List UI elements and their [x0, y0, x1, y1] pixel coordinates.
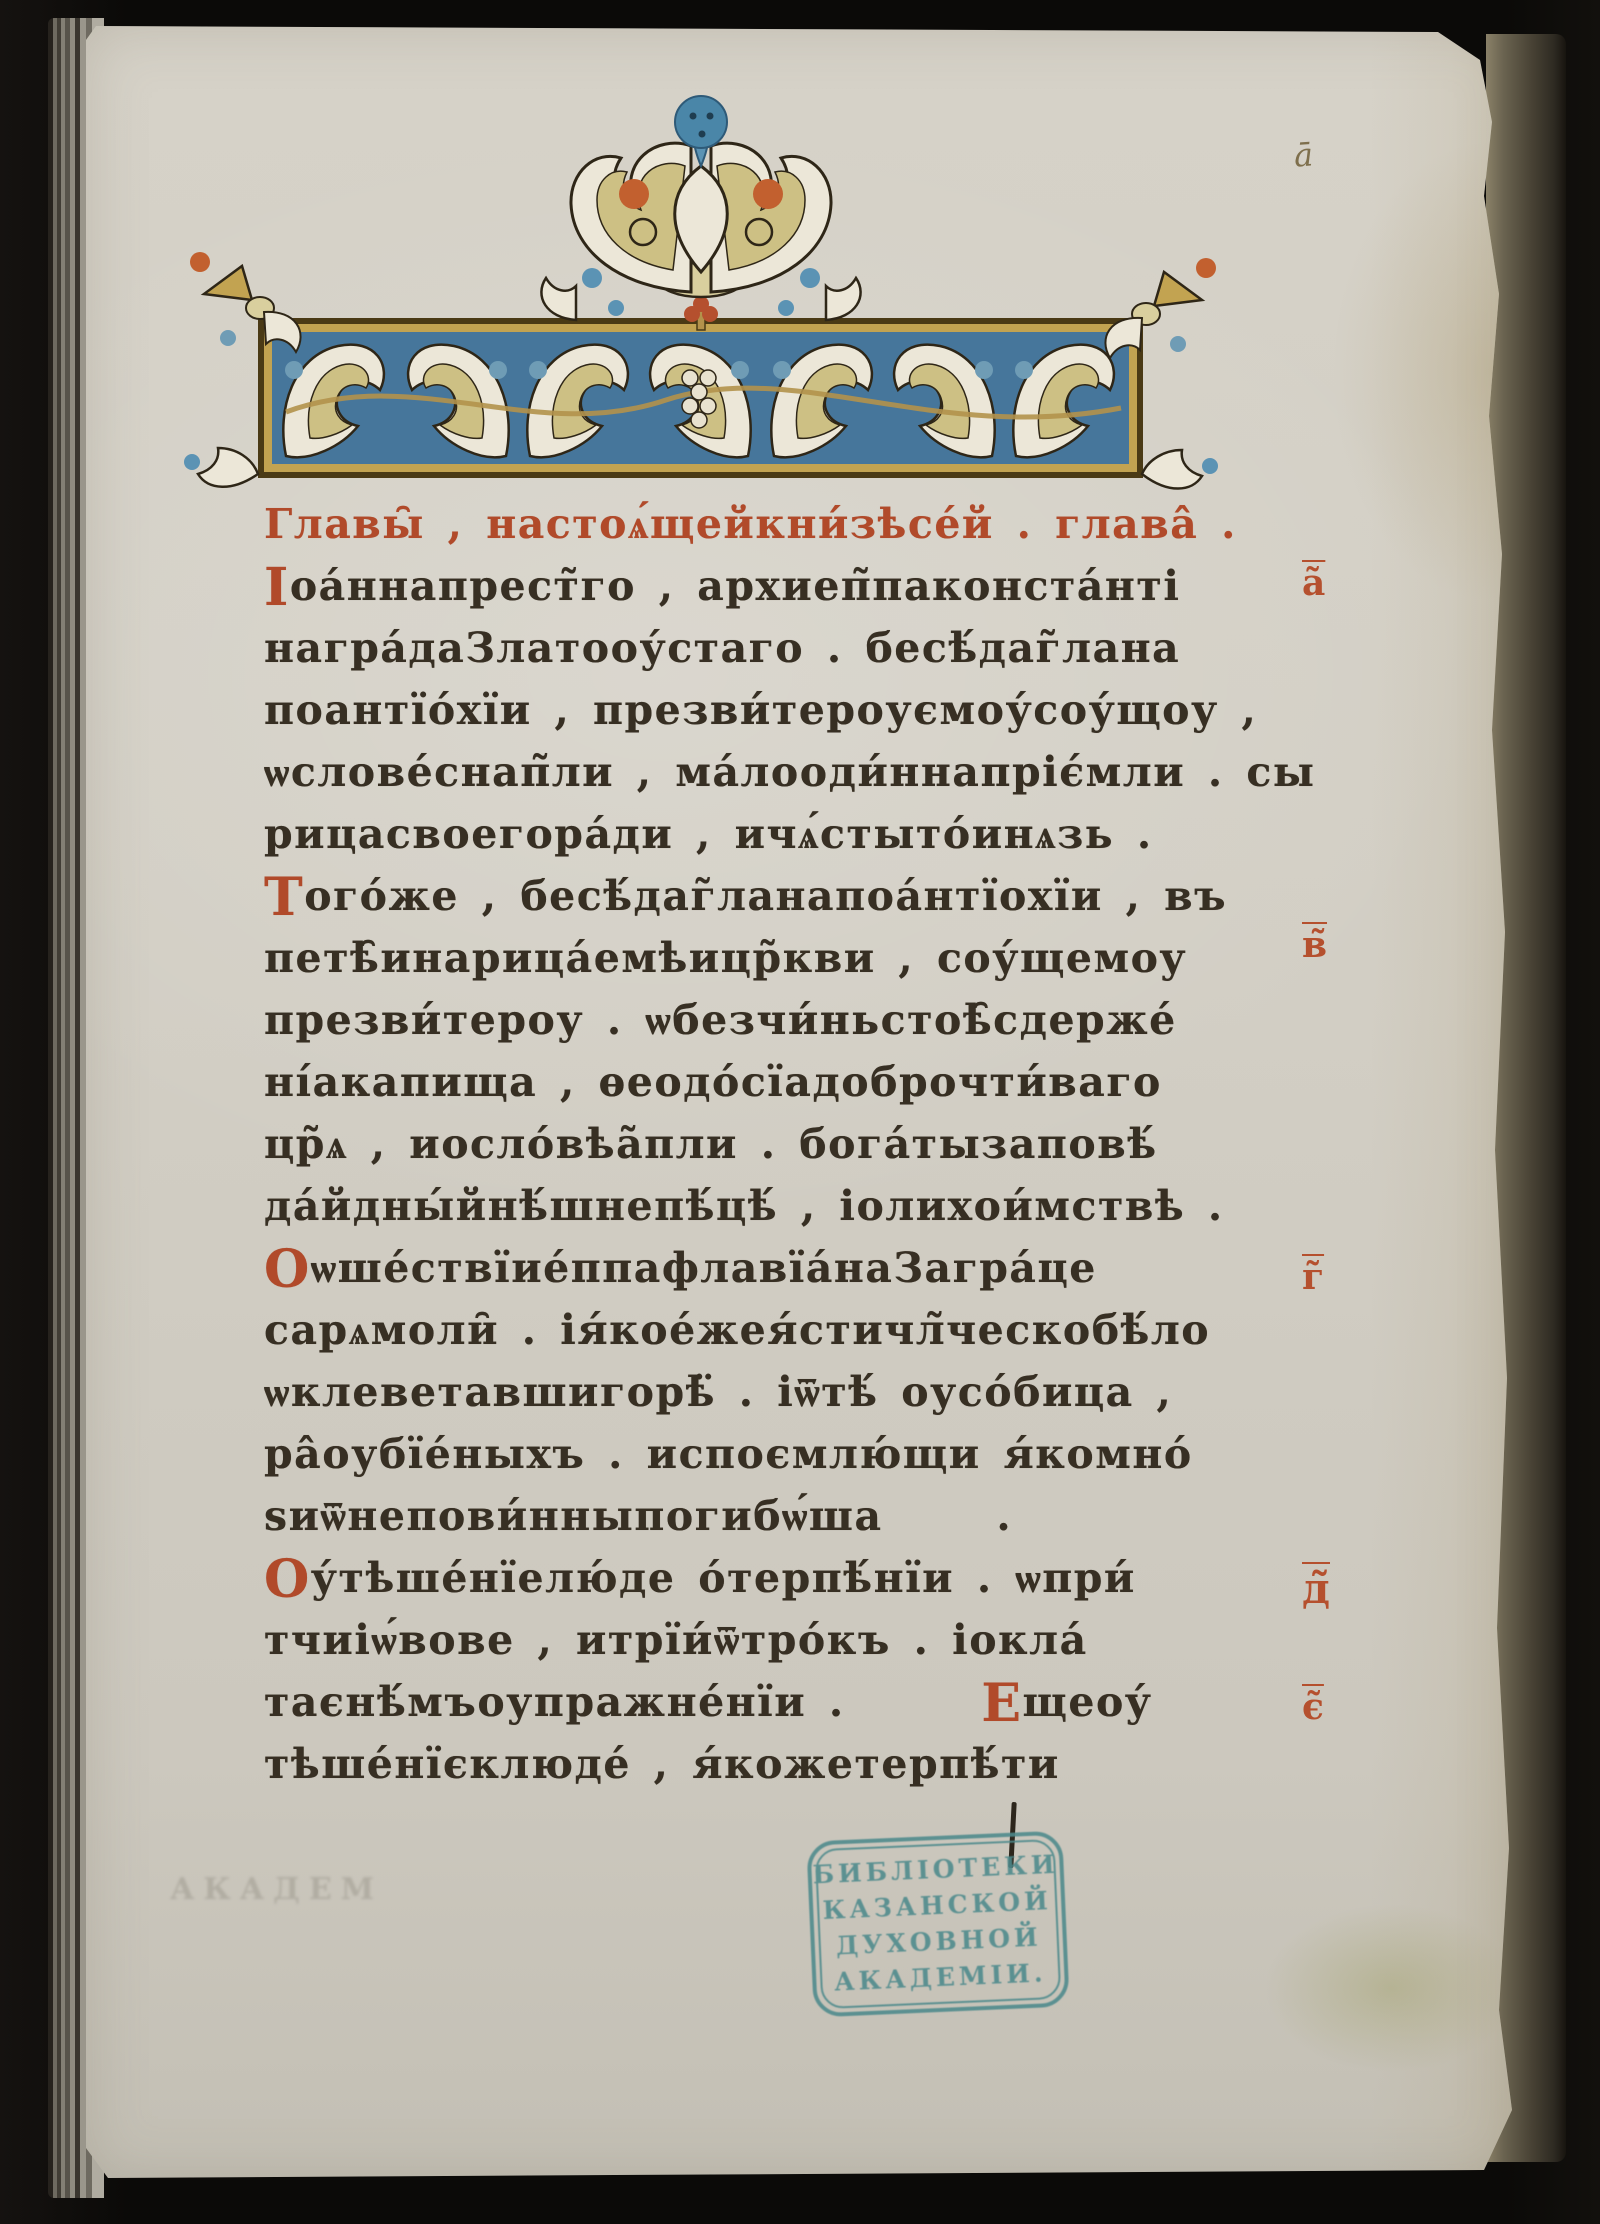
- body-text: да́йдны́йнѣ́шнепѣ́цѣ́ , іолихои́мствѣ .: [264, 1182, 1224, 1230]
- manuscript-text-line: Главы̑ , настоѧ́щейкни́зѣсе́й . глава̂ .: [264, 494, 1284, 556]
- body-text: презви́тероу . ѡбезчи́ньстоѣ̑сдерже́: [264, 996, 1177, 1044]
- manuscript-text-line: награ́даЗлатооу́стаго . бесѣ́даг̃лана: [264, 618, 1284, 680]
- margin-chapter-number: г̃: [1302, 1256, 1324, 1298]
- margin-chapter-number: а̃: [1302, 562, 1325, 604]
- body-text: рицасвоегора́ди , ичѧ́стыто́инѧзь .: [264, 810, 1153, 858]
- manuscript-text-line: поантїо́хїи , презви́тероуємоу́соу́щоу ,: [264, 680, 1284, 742]
- body-text: сарѧмоли̑ . ія́кое́жея́стичл̃ческобѣ́ло: [264, 1306, 1210, 1354]
- body-text: тѣше́нїєклюде́ , я́кожетерпѣ́ти: [264, 1740, 1060, 1788]
- manuscript-text-line: цр̃ѧ , иосло́вѣа̃пли . бога́тызаповѣ́: [264, 1114, 1284, 1176]
- rubric-text: О: [264, 1549, 311, 1610]
- rubric-text: Е: [981, 1673, 1022, 1734]
- rubric-text: О: [264, 1239, 311, 1300]
- body-text: петѣ̑инарица́емѣицр̃кви , соу́щемоу: [264, 934, 1187, 982]
- rubric-text: Главы̑ , настоѧ́щейкни́зѣсе́й . глава̂ .: [264, 500, 1237, 548]
- body-text: цр̃ѧ , иосло́вѣа̃пли . бога́тызаповѣ́: [264, 1120, 1158, 1168]
- manuscript-text-line: петѣ̑инарица́емѣицр̃кви , соу́щемоу: [264, 928, 1284, 990]
- body-text: ні́акапища , ѳеодо́сїадоброчти́ваго: [264, 1058, 1162, 1106]
- manuscript-photo-scene: а̄ Главы̑ , настоѧ́щейкни́зѣсе́й . глава…: [0, 0, 1600, 2224]
- library-stamp-line: КАЗАНСКОЙ: [813, 1883, 1062, 1930]
- manuscript-text-line: Того́же , бесѣ́даг̃ланапоа́нтїохїи , въ: [264, 866, 1284, 928]
- manuscript-text-line: рицасвоегора́ди , ичѧ́стыто́инѧзь .: [264, 804, 1284, 866]
- library-stamp-line: БИБЛІОТЕКИ: [811, 1847, 1060, 1894]
- manuscript-text-line: ѕиѿнепови́нныпогибѡ́ша .: [264, 1486, 1284, 1548]
- margin-chapter-number: в̃: [1302, 924, 1327, 966]
- headpiece-right-finial: [1105, 258, 1216, 358]
- verso-bleed-through-text: АКАДЕМ: [170, 1872, 383, 1907]
- headpiece-ornament: [146, 82, 1266, 506]
- library-stamp-line: АКАДЕМІИ.: [816, 1955, 1065, 2002]
- rubric-text: І: [264, 557, 290, 618]
- body-text: ѡслове́снап̃ли , ма́лооди́ннапріє́мли . …: [264, 748, 1315, 796]
- margin-chapter-number: є̃: [1302, 1686, 1324, 1728]
- rubric-text: Т: [264, 867, 304, 928]
- manuscript-text-line: ѡклеветавшигорѣ̈ . іѿтѣ́ оусо́бица ,: [264, 1362, 1284, 1424]
- body-text: ого́же , бесѣ́даг̃ланапоа́нтїохїи , въ: [304, 872, 1227, 920]
- manuscript-text-line: тчиіѡ́вове , итрїи́ѿтро́къ . іокла́: [264, 1610, 1284, 1672]
- manuscript-text-line: сарѧмоли̑ . ія́кое́жея́стичл̃ческобѣ́ло: [264, 1300, 1284, 1362]
- body-text: таєнѣ́мъоупражне́нїи .: [264, 1678, 981, 1726]
- headpiece-crest: [541, 96, 860, 330]
- body-text: у́тѣше́нїелю́де о́терпѣ́нїи . ѡпри́: [311, 1554, 1136, 1602]
- manuscript-text-line: ні́акапища , ѳеодо́сїадоброчти́ваго: [264, 1052, 1284, 1114]
- manuscript-text-line: Оу́тѣше́нїелю́де о́терпѣ́нїи . ѡпри́: [264, 1548, 1284, 1610]
- body-text: ѕиѿнепови́нныпогибѡ́ша .: [264, 1492, 1012, 1540]
- body-text: щеоу́: [1023, 1678, 1153, 1726]
- body-text: ѡше́ствїие́ппафлавїа́наЗагра́це: [311, 1244, 1097, 1292]
- manuscript-page: а̄ Главы̑ , настоѧ́щейкни́зѣсе́й . глава…: [86, 26, 1520, 2182]
- body-text: оа́ннапрест̃го , архиеп̃паконста́нті: [290, 562, 1181, 610]
- manuscript-text-line: ѡслове́снап̃ли , ма́лооди́ннапріє́мли . …: [264, 742, 1284, 804]
- headpiece-left-finial: [190, 252, 301, 352]
- body-text: тчиіѡ́вове , итрїи́ѿтро́къ . іокла́: [264, 1616, 1088, 1664]
- manuscript-text-line: тѣше́нїєклюде́ , я́кожетерпѣ́ти: [264, 1734, 1284, 1796]
- body-text: ра̂оубїе́ныхъ . испоємлю́щи я́комно́: [264, 1430, 1193, 1478]
- library-stamp-line: ДУХОВНОЙ: [814, 1919, 1063, 1966]
- manuscript-text-line: Оѡше́ствїие́ппафлавїа́наЗагра́це: [264, 1238, 1284, 1300]
- manuscript-text-line: Іоа́ннапрест̃го , архиеп̃паконста́нті: [264, 556, 1284, 618]
- manuscript-text-line: ра̂оубїе́ныхъ . испоємлю́щи я́комно́: [264, 1424, 1284, 1486]
- body-text: поантїо́хїи , презви́тероуємоу́соу́щоу ,: [264, 686, 1257, 734]
- margin-chapter-number: д̃: [1302, 1564, 1330, 1613]
- manuscript-text-block: Главы̑ , настоѧ́щейкни́зѣсе́й . глава̂ .…: [264, 494, 1284, 1796]
- body-text: ѡклеветавшигорѣ̈ . іѿтѣ́ оусо́бица ,: [264, 1368, 1172, 1416]
- folio-number-mark: а̄: [1293, 135, 1315, 174]
- manuscript-text-line: да́йдны́йнѣ́шнепѣ́цѣ́ , іолихои́мствѣ .: [264, 1176, 1284, 1238]
- body-text: награ́даЗлатооу́стаго . бесѣ́даг̃лана: [264, 624, 1180, 672]
- manuscript-text-line: таєнѣ́мъоупражне́нїи . Ещеоу́: [264, 1672, 1284, 1734]
- library-stamp: БИБЛІОТЕКИКАЗАНСКОЙДУХОВНОЙАКАДЕМІИ.: [806, 1831, 1069, 2018]
- manuscript-text-line: презви́тероу . ѡбезчи́ньстоѣ̑сдерже́: [264, 990, 1284, 1052]
